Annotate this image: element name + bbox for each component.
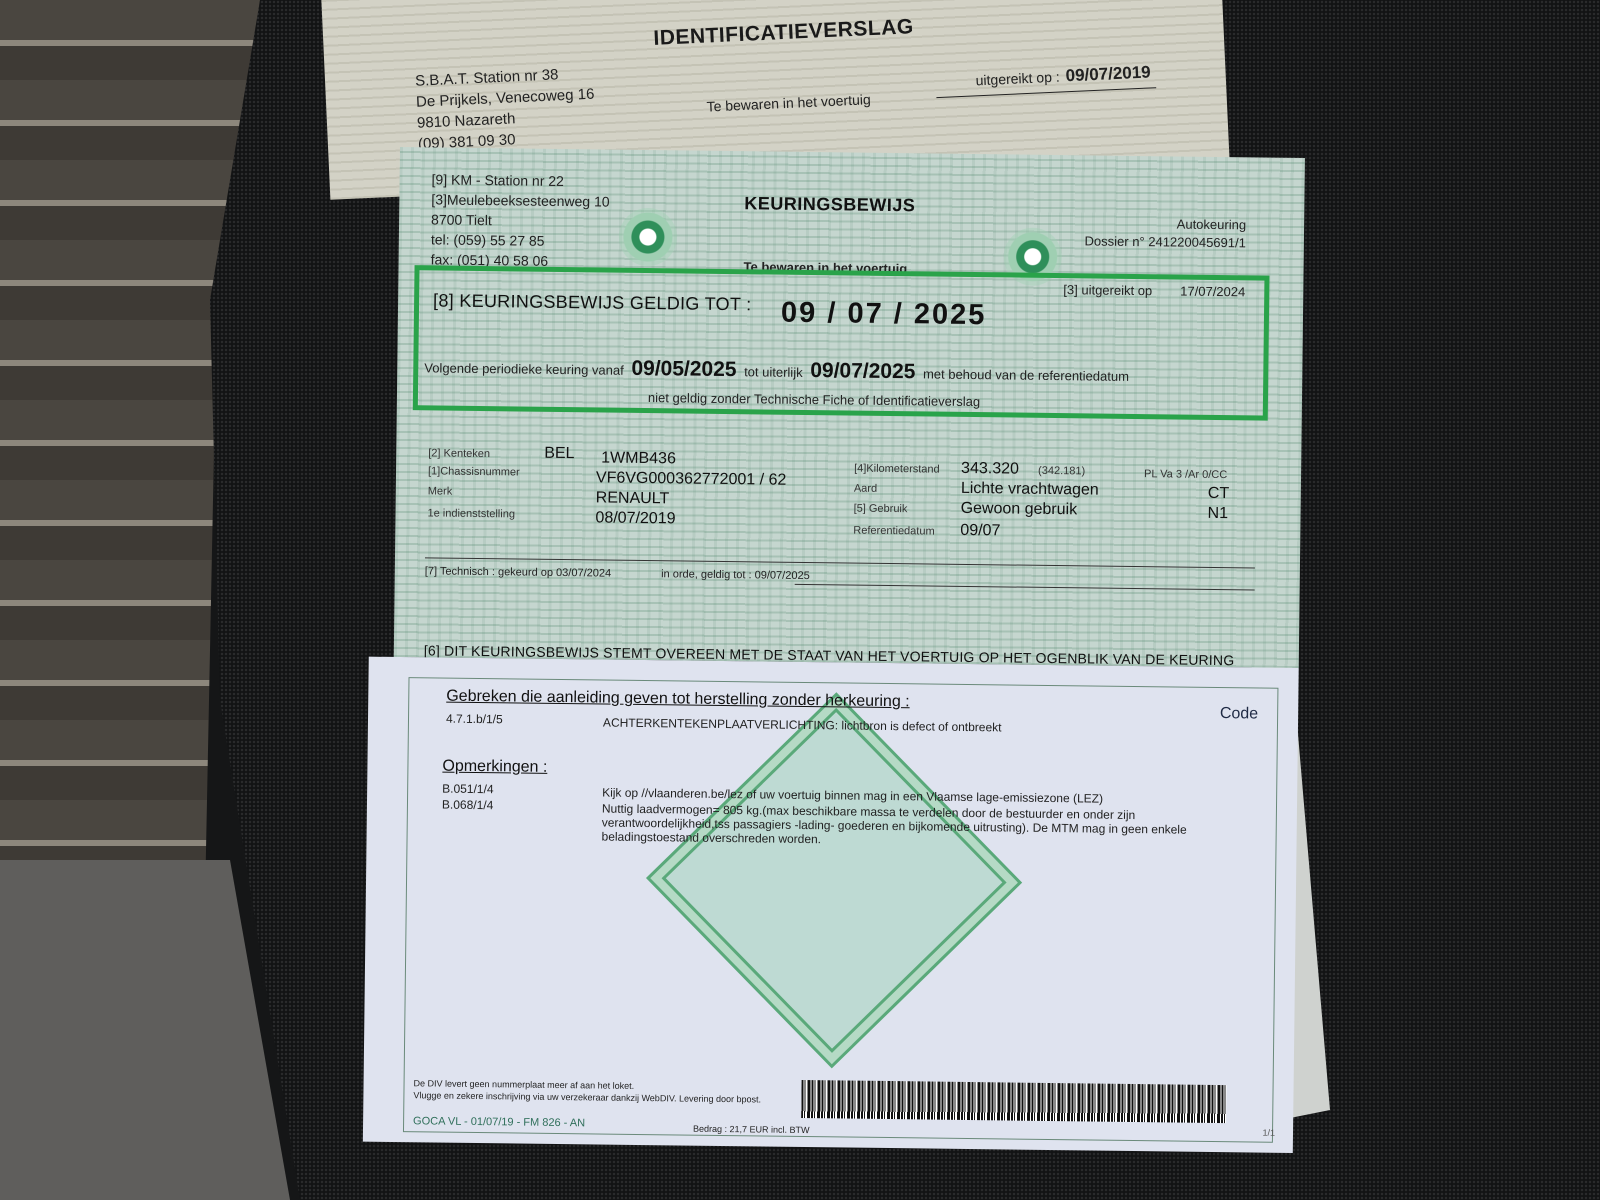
dossier-number: Dossier n° 241220045691/1 [1084, 233, 1245, 250]
back-title: IDENTIFICATIEVERSLAG [653, 15, 914, 51]
reference-date: 09/07 [960, 522, 1000, 540]
certificate-category: Autokeuring [1177, 216, 1247, 232]
code-header: Code [1220, 705, 1258, 723]
plate-number: 1WMB436 [601, 449, 676, 468]
back-keep-note: Te bewaren in het voertuig [706, 91, 871, 114]
remark-code: B.068/1/4 [442, 798, 494, 813]
usage-code: N1 [1207, 505, 1228, 523]
brand-label: Merk [428, 485, 453, 497]
chassis-label: [1]Chassisnummer [428, 465, 520, 478]
technical-inspection: [7] Technisch : gekeurd op 03/07/2024in … [425, 565, 810, 582]
usage-label: [5] Gebruik [854, 503, 908, 516]
odometer-previous: (342.181) [1038, 465, 1085, 478]
odometer: 343.320 [961, 460, 1019, 479]
chassis-number: VF6VG000362772001 / 62 [596, 469, 787, 489]
barcode [801, 1080, 1226, 1123]
plate-country: BEL [544, 445, 574, 463]
plate-label: [2] Kenteken [428, 447, 490, 460]
usage: Gewoon gebruik [961, 500, 1078, 519]
first-registration: 08/07/2019 [595, 509, 675, 528]
back-station-address: S.B.A.T. Station nr 38 De Prijkels, Vene… [415, 63, 597, 155]
reference-date-label: Referentiedatum [853, 525, 934, 538]
validity-requirement: niet geldig zonder Technische Fiche of I… [648, 390, 980, 409]
goca-eye-logo-icon [619, 208, 678, 267]
type-code: CT [1208, 485, 1230, 503]
defect-code: 4.7.1.b/1/5 [446, 712, 503, 727]
certificate-header-section: [9] KM - Station nr 22 [3]Meulebeekseste… [394, 147, 1305, 668]
validity-date: 09 / 07 / 2025 [781, 297, 987, 333]
divider [795, 584, 1255, 591]
first-registration-label: 1e indienststelling [427, 507, 515, 520]
type-label: Aard [854, 483, 877, 495]
divider [936, 87, 1156, 98]
vehicle-type: Lichte vrachtwagen [961, 480, 1099, 500]
certificate-title: KEURINGSBEWIJS [744, 193, 915, 216]
remark-text: Nuttig laadvermogen= 805 kg.(max beschik… [602, 802, 1202, 851]
validity-label: [8] KEURINGSBEWIJS GELDIG TOT : [433, 290, 752, 315]
next-inspection: Volgende periodieke keuring vanaf 09/05/… [424, 354, 1129, 387]
div-notice: De DIV levert geen nummerplaat meer af a… [413, 1077, 761, 1105]
floor-panel [0, 860, 290, 1200]
defects-section: Gebreken die aanleiding geven tot herste… [363, 657, 1299, 1153]
back-issued: uitgereikt op :09/07/2019 [975, 62, 1151, 90]
amount: Bedrag : 21,7 EUR incl. BTW [693, 1124, 810, 1135]
remark-code: B.051/1/4 [442, 782, 494, 797]
station-address: [9] KM - Station nr 22 [3]Meulebeekseste… [431, 169, 610, 271]
brand: RENAULT [596, 489, 670, 508]
validity-box: [8] KEURINGSBEWIJS GELDIG TOT : 09 / 07 … [413, 265, 1270, 420]
remarks-heading: Opmerkingen : [442, 758, 547, 777]
form-code: GOCA VL - 01/07/19 - FM 826 - AN [413, 1115, 585, 1129]
page-number: 1/1 [1262, 1128, 1275, 1138]
odometer-label: [4]Kilometerstand [854, 463, 940, 476]
inspection-certificate: [9] KM - Station nr 22 [3]Meulebeekseste… [388, 147, 1305, 1158]
pl-code: PL Va 3 /Ar 0/CC [1144, 468, 1227, 481]
